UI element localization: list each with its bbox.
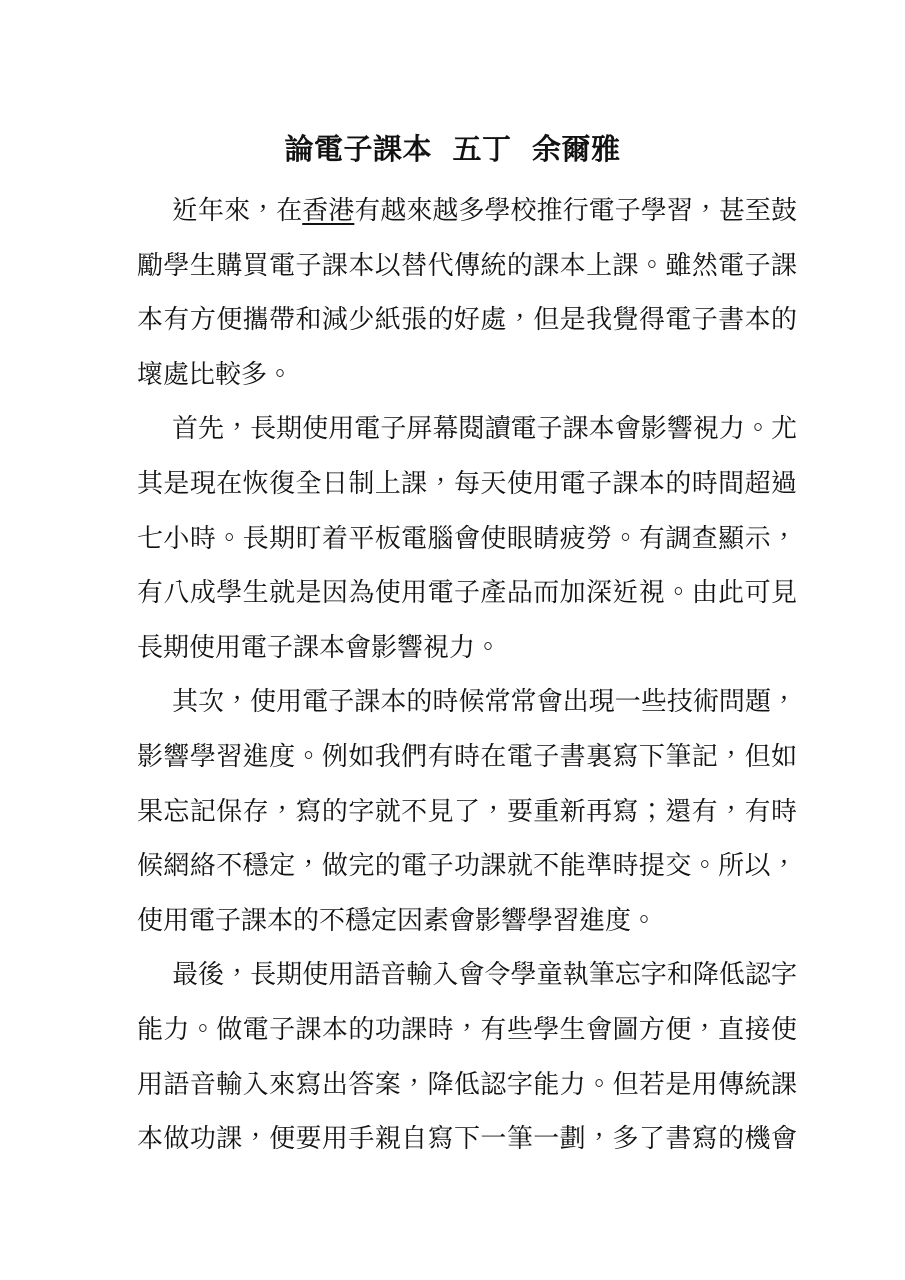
text-run: 首先，長期使用電子屏幕閱讀電子課本會影響視力。尤 — [172, 413, 797, 443]
text-run: 候網絡不穩定，做完的電子功課就不能準時提交。所以， — [137, 850, 797, 880]
text-run: 其次，使用電子課本的時候常常會出現一些技術問題， — [172, 686, 797, 716]
text-run: 有越來越多學校推行電子學習，甚至鼓 — [354, 195, 797, 225]
text-line: 有八成學生就是因為使用電子產品而加深近視。由此可見 — [137, 565, 797, 620]
paragraph: 其次，使用電子課本的時候常常會出現一些技術問題，影響學習進度。例如我們有時在電子… — [137, 674, 797, 947]
text-run: 有八成學生就是因為使用電子產品而加深近視。由此可見 — [137, 577, 797, 607]
text-line: 本有方便攜帶和減少紙張的好處，但是我覺得電子書本的 — [137, 292, 797, 347]
paragraph: 首先，長期使用電子屏幕閱讀電子課本會影響視力。尤其是現在恢復全日制上課，每天使用… — [137, 401, 797, 674]
document-body: 近年來，在香港有越來越多學校推行電子學習，甚至鼓勵學生購買電子課本以替代傳統的課… — [137, 183, 797, 1166]
text-run: 近年來，在 — [172, 195, 302, 225]
text-line: 影響學習進度。例如我們有時在電子書裏寫下筆記，但如 — [137, 729, 797, 784]
text-run: 使用電子課本的不穩定因素會影響學習進度。 — [137, 905, 657, 935]
underlined-text: 香港 — [302, 195, 354, 225]
text-run: 長期使用電子課本會影響視力。 — [137, 632, 501, 662]
text-line: 用語音輸入來寫出答案，降低認字能力。但若是用傳統課 — [137, 1057, 797, 1112]
text-line: 首先，長期使用電子屏幕閱讀電子課本會影響視力。尤 — [137, 401, 797, 456]
text-line: 勵學生購買電子課本以替代傳統的課本上課。雖然電子課 — [137, 238, 797, 293]
text-line: 其次，使用電子課本的時候常常會出現一些技術問題， — [137, 674, 797, 729]
text-line: 壞處比較多。 — [137, 347, 797, 402]
text-run: 勵學生購買電子課本以替代傳統的課本上課。雖然電子課 — [137, 250, 797, 280]
text-run: 本做功課，便要用手親自寫下一筆一劃，多了書寫的機會 — [137, 1123, 797, 1153]
text-line: 果忘記保存，寫的字就不見了，要重新再寫；還有，有時 — [137, 784, 797, 839]
text-line: 能力。做電子課本的功課時，有些學生會圖方便，直接使 — [137, 1002, 797, 1057]
text-line: 最後，長期使用語音輸入會令學童執筆忘字和降低認字 — [137, 947, 797, 1002]
text-run: 影響學習進度。例如我們有時在電子書裏寫下筆記，但如 — [137, 741, 797, 771]
text-line: 使用電子課本的不穩定因素會影響學習進度。 — [137, 893, 797, 948]
text-line: 本做功課，便要用手親自寫下一筆一劃，多了書寫的機會 — [137, 1111, 797, 1166]
paragraph: 近年來，在香港有越來越多學校推行電子學習，甚至鼓勵學生購買電子課本以替代傳統的課… — [137, 183, 797, 401]
text-run: 果忘記保存，寫的字就不見了，要重新再寫；還有，有時 — [137, 796, 797, 826]
text-line: 近年來，在香港有越來越多學校推行電子學習，甚至鼓 — [137, 183, 797, 238]
text-run: 七小時。長期盯着平板電腦會使眼睛疲勞。有調查顯示， — [137, 523, 797, 553]
text-run: 其是現在恢復全日制上課，每天使用電子課本的時間超過 — [137, 468, 797, 498]
text-run: 能力。做電子課本的功課時，有些學生會圖方便，直接使 — [137, 1014, 797, 1044]
text-run: 最後，長期使用語音輸入會令學童執筆忘字和降低認字 — [172, 959, 797, 989]
text-line: 長期使用電子課本會影響視力。 — [137, 620, 797, 675]
text-run: 用語音輸入來寫出答案，降低認字能力。但若是用傳統課 — [137, 1069, 797, 1099]
document-title: 論電子課本 五丁 余爾雅 — [0, 130, 905, 170]
paragraph: 最後，長期使用語音輸入會令學童執筆忘字和降低認字能力。做電子課本的功課時，有些學… — [137, 947, 797, 1165]
text-run: 本有方便攜帶和減少紙張的好處，但是我覺得電子書本的 — [137, 304, 797, 334]
document-page: 論電子課本 五丁 余爾雅 近年來，在香港有越來越多學校推行電子學習，甚至鼓勵學生… — [0, 0, 905, 1280]
text-line: 候網絡不穩定，做完的電子功課就不能準時提交。所以， — [137, 838, 797, 893]
text-line: 七小時。長期盯着平板電腦會使眼睛疲勞。有調查顯示， — [137, 511, 797, 566]
text-line: 其是現在恢復全日制上課，每天使用電子課本的時間超過 — [137, 456, 797, 511]
text-run: 壞處比較多。 — [137, 359, 293, 389]
